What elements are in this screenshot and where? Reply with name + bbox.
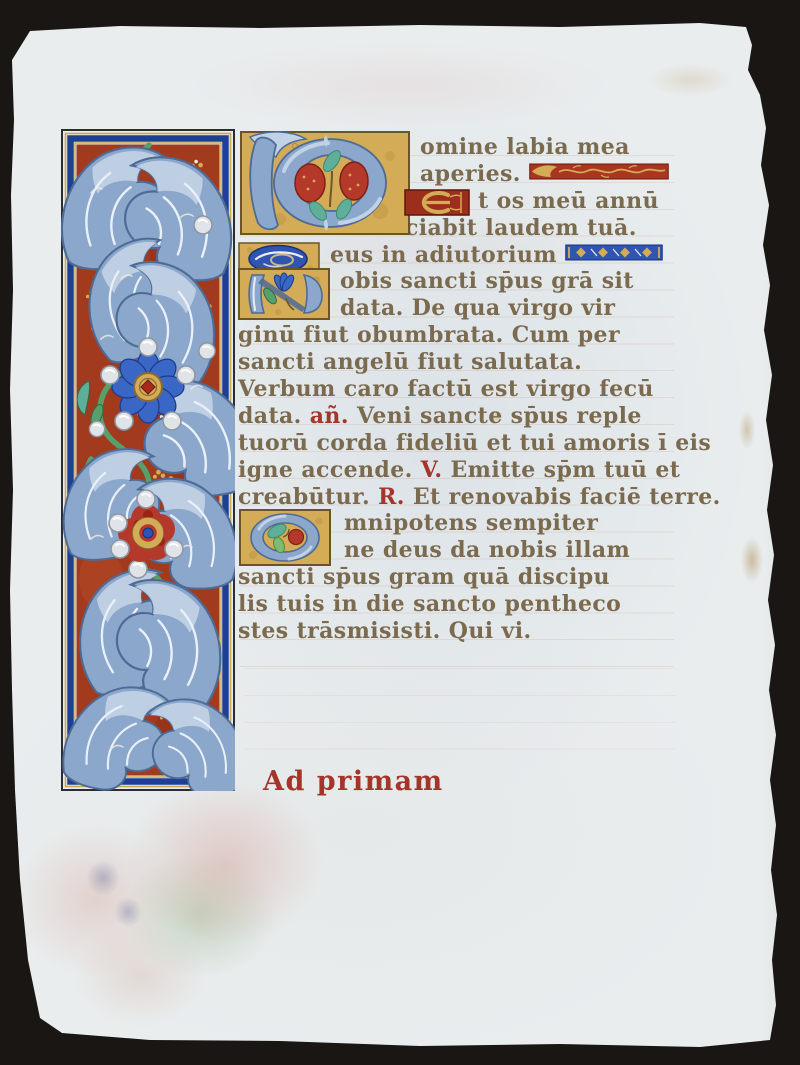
illuminated-initial-o: [239, 509, 331, 566]
line-text: aperies.: [420, 161, 521, 187]
line-text: igne accende.: [238, 457, 421, 483]
line-text: obis sancti sp̄us grā sit: [340, 268, 634, 294]
line-text: lis tuis in die sancto pentheco: [238, 591, 621, 617]
line-text: creabūtur.: [238, 484, 378, 510]
line-text: data. De qua virgo vir: [340, 295, 615, 321]
line-text: ciabit laudem tuā.: [405, 215, 637, 241]
line-text: sancti sp̄us gram quā discipu: [238, 564, 610, 590]
text-line: igne accende. V. Emitte sp̄m tuū et: [238, 457, 690, 484]
rubric-ad-primam: Ad primam: [263, 766, 444, 797]
line-text: data.: [238, 403, 310, 429]
manuscript-leaf: omine labia mea aperies. t os meū annū c…: [0, 0, 800, 1065]
line-text: omine labia mea: [420, 134, 630, 160]
illuminated-initial-d-large: [240, 131, 410, 235]
line-text: eus in adiutorium: [330, 242, 557, 268]
line-text: t os meū annū: [478, 188, 659, 214]
line-text: Verbum caro factū est virgo fecū: [238, 376, 654, 402]
illuminated-border-panel: [61, 129, 235, 791]
line-text: Et renovabis faciē terre.: [405, 484, 721, 510]
rubric-antiphon-mark: añ.: [310, 403, 349, 429]
red-line-filler: [529, 161, 669, 188]
illuminated-initial-n: [238, 268, 330, 320]
photo-background: omine labia mea aperies. t os meū annū c…: [0, 0, 800, 1065]
latin-text-block: omine labia mea aperies. t os meū annū c…: [238, 134, 690, 645]
text-line: sancti angelū fiut salutata.: [238, 349, 690, 376]
blue-line-filler: [565, 242, 663, 269]
text-line: stes trāsmisisti. Qui vi.: [238, 618, 690, 645]
text-line: Verbum caro factū est virgo fecū: [238, 376, 690, 403]
rubric-versicle-mark: V.: [421, 457, 443, 483]
line-text: sancti angelū fiut salutata.: [238, 349, 582, 375]
rubric-response-mark: R.: [378, 484, 405, 510]
line-text: Veni sancte sp̄us reple: [349, 403, 642, 429]
text-line: ginū fiut obumbrata. Cum per: [238, 322, 690, 349]
text-line: tuorū corda fideliū et tui amoris ī eis: [238, 430, 690, 457]
line-text: ginū fiut obumbrata. Cum per: [238, 322, 620, 348]
line-text: stes trāsmisisti. Qui vi.: [238, 618, 532, 644]
text-line: creabūtur. R. Et renovabis faciē terre.: [238, 484, 690, 511]
line-text: Emitte sp̄m tuū et: [442, 457, 680, 483]
text-line: sancti sp̄us gram quā discipu: [238, 564, 690, 591]
text-line: lis tuis in die sancto pentheco: [238, 591, 690, 618]
line-text: mnipotens sempiter: [344, 510, 598, 536]
line-text: tuorū corda fideliū et tui amoris ī eis: [238, 430, 711, 456]
line-text: ne deus da nobis illam: [344, 537, 630, 563]
illuminated-initial-e: [404, 189, 470, 216]
text-line: data. añ. Veni sancte sp̄us reple: [238, 403, 690, 430]
ruling-lines-showthrough: [244, 668, 676, 753]
